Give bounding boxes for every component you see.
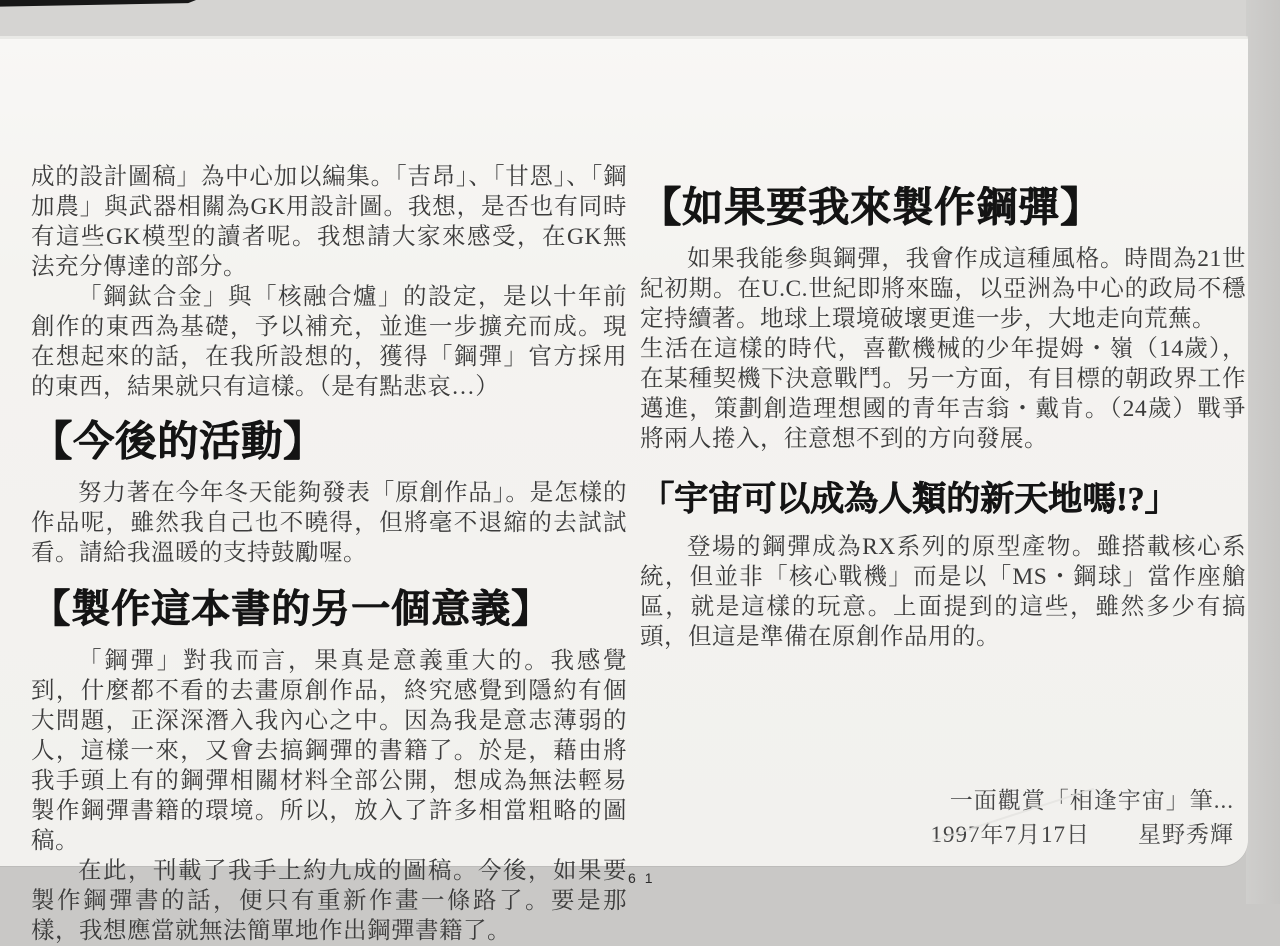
body-paragraph: 「鋼彈」對我而言，果真是意義重大的。我感覺到，什麼都不看的去畫原創作品，終究感覺… — [31, 646, 627, 856]
signature-date-author: 1997年7月17日 星野秀輝 — [931, 818, 1235, 852]
left-column: 成的設計圖稿」為中心加以編集。「吉昂」、「甘恩」、「鋼加農」與武器相關為GK用設… — [31, 162, 627, 904]
page-number: 61 — [628, 870, 662, 886]
signature-note: 一面觀賞「相逢宇宙」筆... — [931, 784, 1235, 818]
section-heading-other-meaning: 【製作這本書的另一個意義】 — [31, 588, 627, 633]
body-paragraph: 成的設計圖稿」為中心加以編集。「吉昂」、「甘恩」、「鋼加農」與武器相關為GK用設… — [31, 162, 627, 282]
section-heading-if-i-made-gundam: 【如果要我來製作鋼彈】 — [640, 184, 1246, 231]
body-paragraph: 在此，刊載了我手上約九成的圖稿。今後，如果要製作鋼彈書的話，便只有重新作畫一條路… — [31, 856, 627, 904]
body-paragraph: 「鋼鈦合金」與「核融合爐」的設定，是以十年前創作的東西為基礎，予以補充，並進一步… — [31, 282, 627, 402]
body-paragraph: 生活在這樣的時代，喜歡機械的少年提姆・嶺（14歲），在某種契機下決意戰鬥。另一方… — [640, 334, 1246, 454]
body-paragraph: 努力著在今年冬天能夠發表「原創作品」。是怎樣的作品呢，雖然我自己也不曉得，但將毫… — [31, 478, 627, 568]
scanned-page: 成的設計圖稿」為中心加以編集。「吉昂」、「甘恩」、「鋼加農」與武器相關為GK用設… — [0, 36, 1248, 866]
right-column: 【如果要我來製作鋼彈】 如果我能參與鋼彈，我會作成這種風格。時間為21世紀初期。… — [640, 184, 1246, 652]
section-heading-space-new-world: 「宇宙可以成為人類的新天地嗎!?」 — [640, 480, 1246, 519]
scan-right-margin — [1246, 0, 1280, 904]
body-paragraph: 如果我能參與鋼彈，我會作成這種風格。時間為21世紀初期。在U.C.世紀即將來臨，… — [640, 244, 1246, 334]
section-heading-future-activities: 【今後的活動】 — [31, 418, 627, 465]
body-paragraph: 登場的鋼彈成為RX系列的原型產物。雖搭載核心系統，但並非「核心戰機」而是以「MS… — [640, 532, 1246, 652]
signature-block: 一面觀賞「相逢宇宙」筆... 1997年7月17日 星野秀輝 — [931, 784, 1235, 852]
